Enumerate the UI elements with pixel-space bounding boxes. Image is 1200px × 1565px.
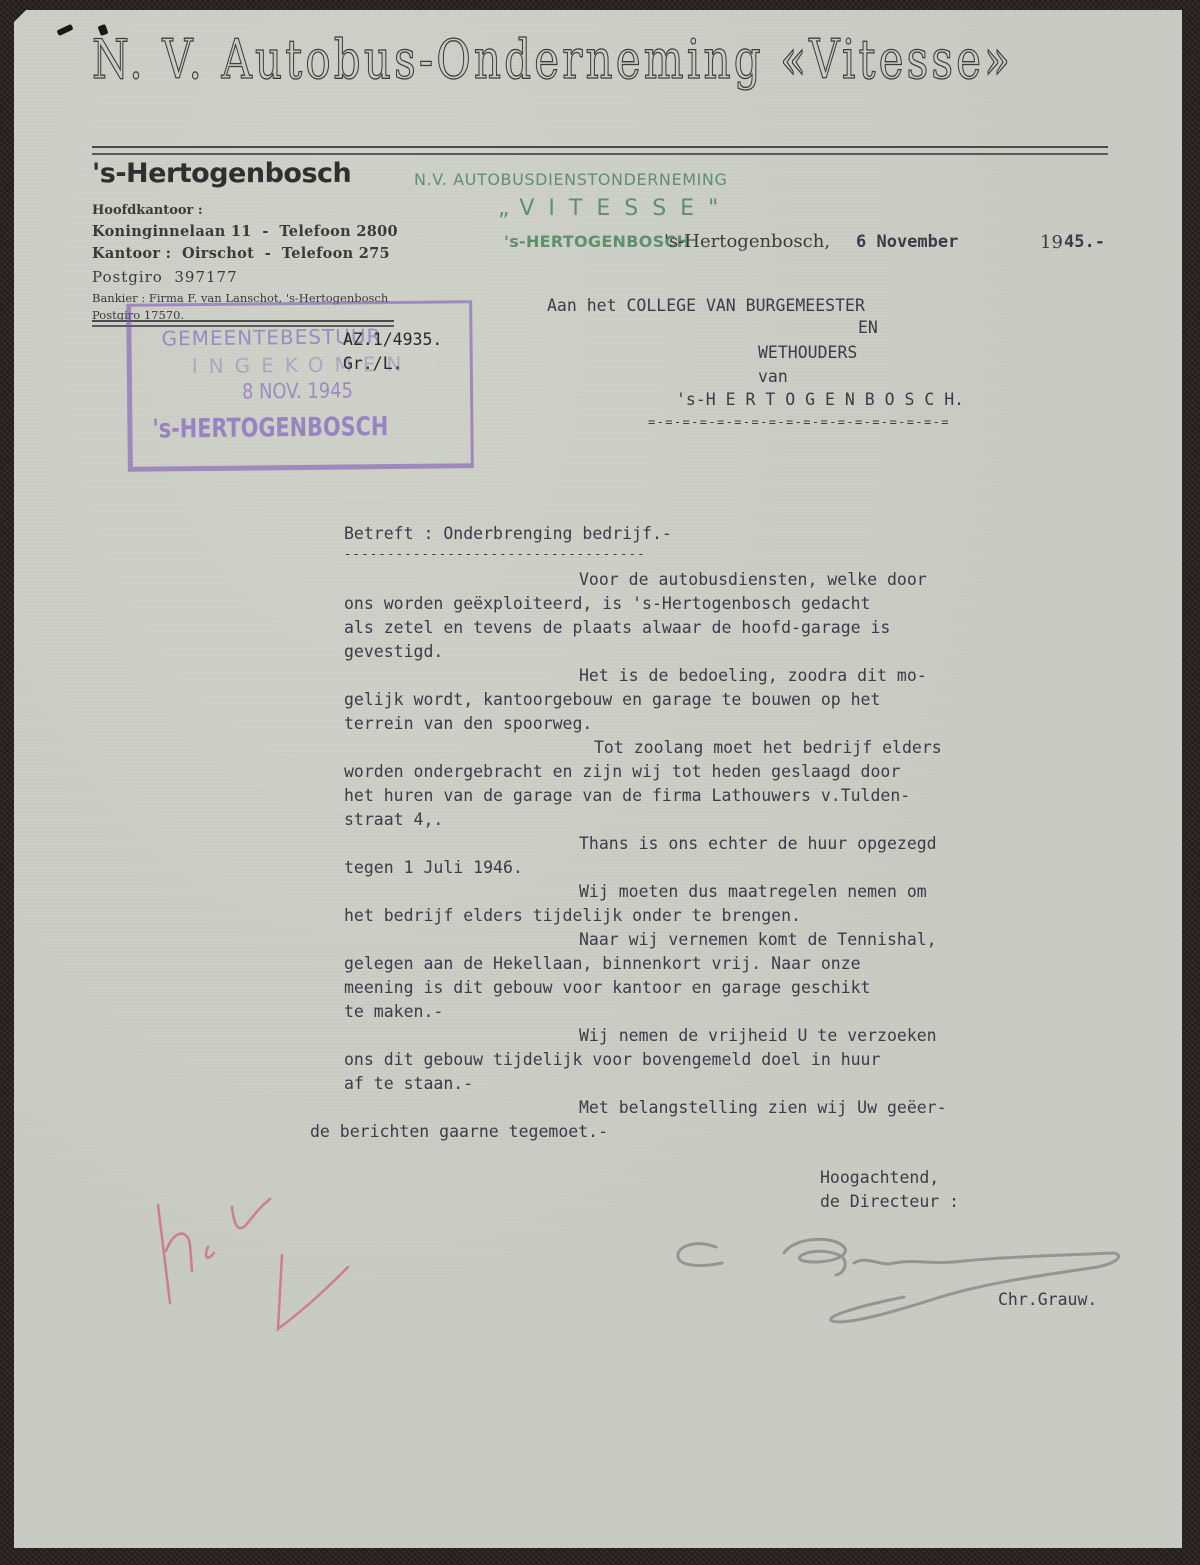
body-line: het huren van de garage van de firma Lat… (344, 786, 910, 805)
addressee-line2: EN (858, 318, 878, 337)
company-stamp-line3: 's-HERTOGENBOSCH (504, 232, 690, 251)
body-line: gelegen aan de Hekellaan, binnenkort vri… (344, 954, 861, 973)
stamp-city: 's-HERTOGENBOSCH (152, 412, 388, 444)
subject-underline: ----------------------------------- (344, 547, 646, 561)
letter-page: N. V. Autobus-Onderneming «Vitesse» 's-H… (14, 10, 1182, 1548)
addressee-underline: =-=-=-=-=-=-=-=-=-=-=-=-=-=-=-=-=-= (648, 415, 950, 429)
body-line: de berichten gaarne tegemoet.- (310, 1122, 608, 1141)
body-line: als zetel en tevens de plaats alwaar de … (344, 618, 890, 637)
addressee-line1: Aan het COLLEGE VAN BURGEMEESTER (547, 296, 865, 315)
body-line: te maken.- (344, 1002, 443, 1021)
body-line: straat 4,. (344, 810, 443, 829)
signature-icon (664, 1225, 1124, 1335)
stamp-date: 8 NOV. 1945 (242, 378, 353, 403)
company-stamp-line2: „VITESSE" (498, 196, 732, 221)
body-line: het bedrijf elders tijdelijk onder te br… (344, 906, 801, 925)
dateline-place: 's-Hertogenbosch, (664, 231, 830, 252)
addressee-line5: 's-H E R T O G E N B O S C H. (676, 390, 964, 409)
body-line: Wij moeten dus maatregelen nemen om (579, 882, 927, 901)
company-stamp-line1: N.V. AUTOBUSDIENSTONDERNEMING (414, 170, 728, 189)
closing-salutation: Hoogachtend, (820, 1168, 939, 1187)
company-title: N. V. Autobus-Onderneming «Vitesse» (92, 28, 1013, 91)
body-line: Thans is ons echter de huur opgezegd (579, 834, 937, 853)
body-line: Het is de bedoeling, zoodra dit mo- (579, 666, 927, 685)
closing-title: de Directeur : (820, 1192, 959, 1211)
head-office-address: Koninginnelaan 11 - Telefoon 2800 (92, 223, 398, 240)
body-line: terrein van den spoorweg. (344, 714, 592, 733)
received-stamp: GEMEENTEBESTUUR INGEKOMEN 8 NOV. 1945 's… (126, 300, 474, 472)
body-line: Wij nemen de vrijheid U te verzoeken (579, 1026, 937, 1045)
tear-mark (56, 24, 73, 36)
letterhead-city: 's-Hertogenbosch (92, 158, 351, 189)
subject: Betreft : Onderbrenging bedrijf.- (344, 524, 672, 543)
body-line: ons worden geëxploiteerd, is 's-Hertogen… (344, 594, 871, 613)
reference-number: AZ.1/4935. (343, 330, 442, 349)
reference-initials: Gr./L. (343, 354, 403, 373)
body-line: meening is dit gebouw voor kantoor en ga… (344, 978, 871, 997)
body-line: Naar wij vernemen komt de Tennishal, (579, 930, 937, 949)
dateline-year-prefix: 19 (1040, 232, 1063, 253)
dateline-year-suffix: 45.- (1064, 232, 1105, 252)
body-line: Voor de autobusdiensten, welke door (579, 570, 927, 589)
body-line: Tot zoolang moet het bedrijf elders (594, 738, 942, 757)
body-line: gelijk wordt, kantoorgebouw en garage te… (344, 690, 880, 709)
postgiro: Postgiro 397177 (92, 268, 238, 286)
red-checkmark-icon (150, 1185, 370, 1335)
head-office-label: Hoofdkantoor : (92, 203, 203, 218)
body-line: worden ondergebracht en zijn wij tot hed… (344, 762, 900, 781)
body-line: tegen 1 Juli 1946. (344, 858, 523, 877)
body-line: gevestigd. (344, 642, 443, 661)
branch-office: Kantoor : Oirschot - Telefoon 275 (92, 245, 390, 262)
title-rule (92, 146, 1108, 155)
body-line: ons dit gebouw tijdelijk voor bovengemel… (344, 1050, 880, 1069)
body-line: Met belangstelling zien wij Uw geëer- (579, 1098, 947, 1117)
addressee-line4: van (758, 367, 788, 386)
dateline-date: 6 November (856, 232, 958, 252)
addressee-line3: WETHOUDERS (758, 343, 857, 362)
body-line: af te staan.- (344, 1074, 473, 1093)
